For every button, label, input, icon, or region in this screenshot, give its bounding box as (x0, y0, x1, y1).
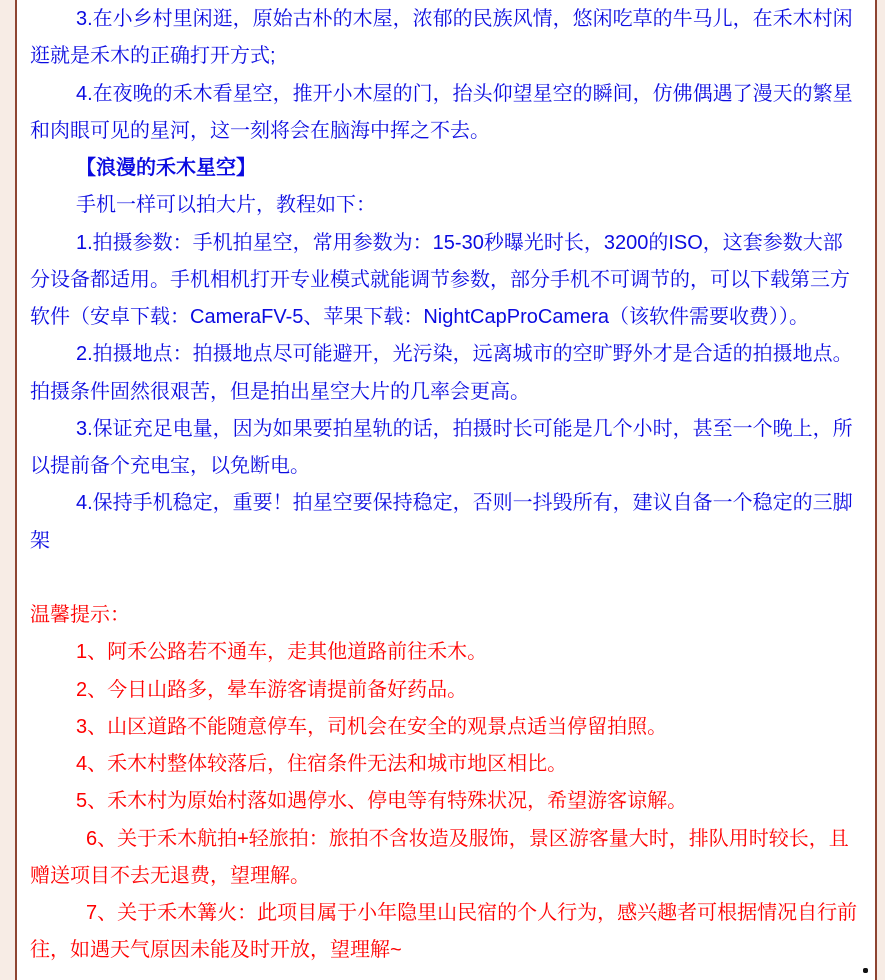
article-frame: 3.在小乡村里闲逛，原始古朴的木屋，浓郁的民族风情，悠闲吃草的牛马儿，在禾木村闲… (15, 0, 877, 980)
page-bottom-dot (863, 968, 868, 973)
section-heading: 【浪漫的禾木星空】 (30, 150, 867, 187)
paragraph-line: 分设备都适用。手机相机打开专业模式就能调节参数，部分手机不可调节的，可以下载第三… (30, 262, 867, 299)
paragraph-line: 2.拍摄地点：拍摄地点尽可能避开，光污染，远离城市的空旷野外才是合适的拍摄地点。 (30, 336, 867, 373)
tip-line: 1、阿禾公路若不通车，走其他道路前往禾木。 (30, 634, 867, 671)
paragraph-line: 软件（安卓下载：CameraFV-5、苹果下载：NightCapProCamer… (30, 299, 867, 336)
paragraph-line: 4.在夜晚的禾木看星空，推开小木屋的门，抬头仰望星空的瞬间，仿佛偶遇了漫天的繁星 (30, 76, 867, 113)
paragraph-line: 3.保证充足电量，因为如果要拍星轨的话，拍摄时长可能是几个小时，甚至一个晚上，所 (30, 411, 867, 448)
tips-heading: 温馨提示： (30, 597, 867, 634)
paragraph-line: 拍摄条件固然很艰苦，但是拍出星空大片的几率会更高。 (30, 374, 867, 411)
paragraph-line: 架 (30, 523, 867, 560)
paragraph-line: 以提前备个充电宝，以免断电。 (30, 448, 867, 485)
paragraph-line: 1.拍摄参数：手机拍星空，常用参数为：15-30秒曝光时长，3200的ISO，这… (30, 225, 867, 262)
tip-line: 往，如遇天气原因未能及时开放，望理解~ (30, 932, 867, 969)
paragraph-line: 和肉眼可见的星河，这一刻将会在脑海中挥之不去。 (30, 113, 867, 150)
blank-line (30, 560, 867, 597)
tip-line: 3、山区道路不能随意停车，司机会在安全的观景点适当停留拍照。 (30, 709, 867, 746)
paragraph-line: 4.保持手机稳定，重要！拍星空要保持稳定，否则一抖毁所有，建议自备一个稳定的三脚 (30, 485, 867, 522)
tip-line: 赠送项目不去无退费，望理解。 (30, 858, 867, 895)
tip-line: 2、今日山路多，晕车游客请提前备好药品。 (30, 672, 867, 709)
tip-line: 6、关于禾木航拍+轻旅拍：旅拍不含妆造及服饰，景区游客量大时，排队用时较长，且 (30, 821, 867, 858)
paragraph-line: 逛就是禾木的正确打开方式; (30, 38, 867, 75)
paragraph-line: 手机一样可以拍大片，教程如下： (30, 187, 867, 224)
paragraph-line: 3.在小乡村里闲逛，原始古朴的木屋，浓郁的民族风情，悠闲吃草的牛马儿，在禾木村闲 (30, 1, 867, 38)
tip-line: 5、禾木村为原始村落如遇停水、停电等有特殊状况，希望游客谅解。 (30, 783, 867, 820)
tip-line: 7、关于禾木篝火：此项目属于小年隐里山民宿的个人行为，感兴趣者可根据情况自行前 (30, 895, 867, 932)
article-text-area: 3.在小乡村里闲逛，原始古朴的木屋，浓郁的民族风情，悠闲吃草的牛马儿，在禾木村闲… (17, 0, 875, 970)
tip-line: 4、禾木村整体较落后，住宿条件无法和城市地区相比。 (30, 746, 867, 783)
